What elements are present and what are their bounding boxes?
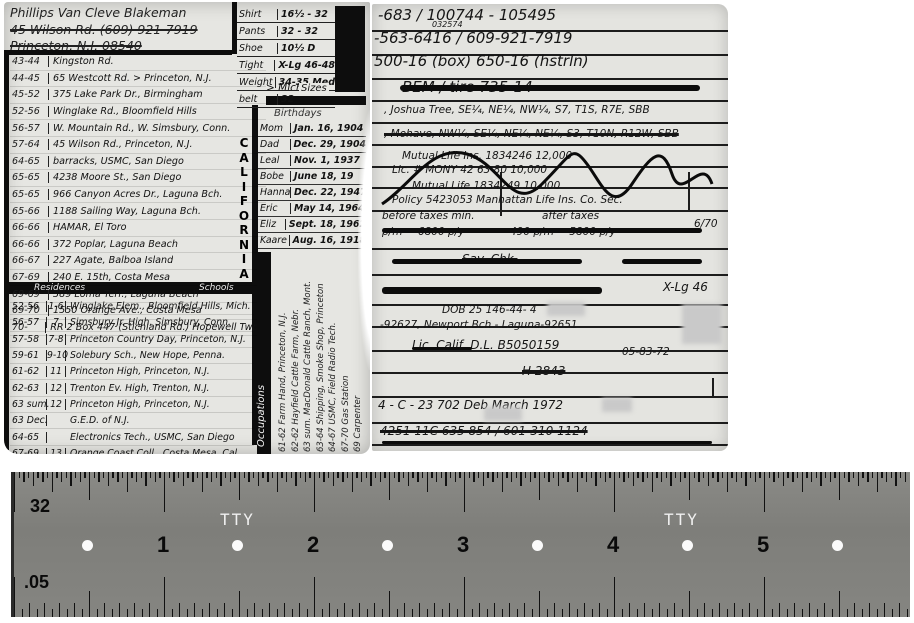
ruler-tick xyxy=(47,472,48,478)
ruler-hole xyxy=(682,540,693,551)
ruler-tick xyxy=(892,609,893,617)
ruler-tick xyxy=(787,609,788,617)
residence-address: 1188 Sailing Way, Laguna Bch. xyxy=(49,206,201,217)
ruler-tick xyxy=(689,472,690,500)
ruled-line xyxy=(372,122,728,124)
crossout-scribble xyxy=(412,347,472,350)
ruler-tick xyxy=(375,472,376,478)
ruler-tick xyxy=(361,472,362,482)
ruler-tick xyxy=(824,603,825,617)
ruler-tick xyxy=(736,472,737,482)
school-name: Trenton Ev. High, Trenton, N.J. xyxy=(66,383,210,394)
ruler-tick xyxy=(704,603,705,617)
ruler-tick xyxy=(717,472,718,482)
birthday-person: Leal xyxy=(258,155,291,166)
ruler-tick xyxy=(450,472,451,478)
birthday-date: Jan. 16, 1904 xyxy=(291,123,363,134)
ruler-tick xyxy=(764,472,765,512)
school-name: Simsbury Jr. High, Simsbury, Conn. xyxy=(66,317,231,328)
ruler-tick xyxy=(577,609,578,617)
card-entry: 4251 11C 635 854 / 601-310 1124 xyxy=(380,424,588,438)
size-value: 10½ D xyxy=(278,43,315,54)
ruler-tick xyxy=(367,609,368,617)
ruler-tick xyxy=(352,472,353,492)
ruler-tick xyxy=(569,603,570,617)
redacted-area xyxy=(682,304,722,344)
ruler-tick xyxy=(217,609,218,617)
ruler-tick xyxy=(84,472,85,478)
ruler-tick xyxy=(623,472,624,482)
ruler-inch-number: 3 xyxy=(457,532,469,558)
birthday-date: Dec. 29, 1904 xyxy=(291,139,367,150)
ruler-tick xyxy=(234,472,235,478)
redacted-area xyxy=(602,398,632,412)
ruled-line xyxy=(372,248,728,250)
ruler-tick xyxy=(694,472,695,478)
ruler-tick xyxy=(554,603,555,617)
occupation-entry: 63-64 Shipping, Smoke Shop, Princeton xyxy=(316,283,318,452)
ruler-tick xyxy=(854,603,855,617)
ruler-hole xyxy=(532,540,543,551)
ruler-bottom-ticks xyxy=(14,577,910,617)
school-grade: 13 xyxy=(47,448,66,454)
ruler-tick xyxy=(267,472,268,482)
residence-years: 65-66 xyxy=(10,206,49,217)
school-grade: 1-6 xyxy=(47,301,66,312)
school-years: 61-62 xyxy=(10,366,47,377)
ruler-tick xyxy=(895,472,896,486)
occupation-entry: 61-62 Farm Hand, Princeton, N.J. xyxy=(278,312,280,452)
birthday-row: ElizSept. 18, 1962 xyxy=(258,217,366,233)
school-grade: 12 xyxy=(47,383,66,394)
ruler-tick xyxy=(80,472,81,482)
school-years: 64-65 xyxy=(10,432,47,443)
ruler-tick xyxy=(516,472,517,478)
ruler-tick xyxy=(816,472,817,478)
school-list: 52-561-6Winglake Elem., Bloomfield Hills… xyxy=(10,299,254,454)
ruler-tick xyxy=(629,603,630,617)
ruler-tick xyxy=(469,472,470,478)
ruler-tick xyxy=(66,472,67,478)
ruler-tick xyxy=(232,609,233,617)
residence-address: 240 E. 15th, Costa Mesa xyxy=(49,272,170,283)
ruler-tick xyxy=(337,472,338,478)
ruler-tick xyxy=(464,472,465,512)
ruler-tick xyxy=(169,472,170,478)
ruler-tick xyxy=(825,472,826,478)
ruler-tick xyxy=(487,609,488,617)
ruler-tick xyxy=(127,609,128,617)
crossout-scribble xyxy=(382,228,702,233)
ruler-tick xyxy=(548,472,549,482)
ruler-tick xyxy=(764,577,765,617)
ruler-tick xyxy=(755,472,756,482)
ruler-tick xyxy=(404,603,405,617)
ruler-tick xyxy=(869,603,870,617)
birthday-row: HannaDec. 22, 1947 xyxy=(258,185,366,201)
ruler-tick xyxy=(136,472,137,482)
ruler-tick xyxy=(314,577,315,617)
size-item: belt xyxy=(237,94,278,105)
ruler-tick xyxy=(319,472,320,478)
ruler-tick xyxy=(220,472,221,486)
card-entry: -683 / 100744 - 105495 xyxy=(378,6,556,24)
school-row: 67-6913Orange Coast Coll., Costa Mesa, C… xyxy=(10,446,254,454)
ruler-tick xyxy=(628,472,629,478)
ruler-tick xyxy=(778,472,779,478)
bottom-scale-label: .05 xyxy=(24,572,49,593)
ruler-tick xyxy=(745,472,746,486)
ruler-tick xyxy=(248,472,249,482)
ruler-tick xyxy=(449,603,450,617)
ruler-tick xyxy=(216,472,217,478)
ruler-tick xyxy=(712,472,713,478)
ruler-tick xyxy=(584,603,585,617)
school-years: 63 sum. xyxy=(10,399,47,410)
ruler-tick xyxy=(328,472,329,478)
school-row: 63 sum.12Princeton High, Princeton, N.J. xyxy=(10,397,254,413)
california-letter: A xyxy=(237,267,251,282)
school-row: 56-577Simsbury Jr. High, Simsbury, Conn. xyxy=(10,315,254,331)
card-entry: DOB 25 146-44- 4 xyxy=(442,304,537,316)
ruler-tick xyxy=(834,472,835,478)
ruler-tick xyxy=(56,472,57,478)
ruler-tick xyxy=(520,472,521,486)
residence-address: barracks, USMC, San Diego xyxy=(49,156,184,167)
ruler-tick xyxy=(622,609,623,617)
ruler-tick xyxy=(797,472,798,478)
ruler-tick xyxy=(382,609,383,617)
occupation-entry: 63 sum. MacDonald Cattle Ranch, Mont. xyxy=(303,281,305,452)
ruler-tick xyxy=(478,472,479,478)
ruler-tick xyxy=(759,472,760,478)
school-years: 59-61 xyxy=(10,350,47,361)
redacted-area xyxy=(547,302,585,316)
ruler-tick xyxy=(323,472,324,482)
ruler-tick xyxy=(811,472,812,482)
ruler-tick xyxy=(820,472,821,486)
size-value: 32 - 32 xyxy=(278,26,318,37)
school-row: 57-587-8Princeton Country Day, Princeton… xyxy=(10,332,254,348)
ruler-tick xyxy=(398,472,399,482)
residence-row: 65-65966 Canyon Acres Dr., Laguna Bch. xyxy=(10,187,266,204)
school-row: 52-561-6Winglake Elem., Bloomfield Hills… xyxy=(10,299,254,315)
ruler-tick xyxy=(61,472,62,482)
ruler-tick xyxy=(633,472,634,486)
ruler-tick xyxy=(656,472,657,478)
ruler-tick xyxy=(886,472,887,482)
residence-years: 66-67 xyxy=(10,255,49,266)
ruler-tick xyxy=(389,472,390,500)
residence-address: W. Mountain Rd., W. Simsbury, Conn. xyxy=(49,123,230,134)
crossout-scribble xyxy=(392,259,582,264)
ruler-tick xyxy=(344,603,345,617)
ruler-tick xyxy=(558,472,559,486)
ruler-tick xyxy=(511,472,512,482)
ruler-tick xyxy=(14,472,15,512)
ruler-tick xyxy=(572,472,573,478)
school-years: 67-69 xyxy=(10,448,47,454)
ruler-tick xyxy=(157,609,158,617)
card-entry-superscript: 032574 xyxy=(432,20,463,29)
crossout-scribble xyxy=(622,259,702,264)
ruler-tick xyxy=(117,472,118,482)
ruler-tick xyxy=(67,609,68,617)
size-item: Shoe xyxy=(237,43,278,54)
ruler-tick xyxy=(412,472,413,478)
card-entry: , Joshua Tree, SE¼, NE¼, NW¼, S7, T1S, R… xyxy=(384,104,650,116)
ruler-tick xyxy=(530,472,531,482)
birthdays-label: Birthdays xyxy=(274,108,322,119)
school-grade: 7 xyxy=(47,317,66,328)
school-grade: 7-8 xyxy=(47,334,66,345)
ruler-tick xyxy=(403,472,404,478)
school-name: G.E.D. of N.J. xyxy=(66,415,130,426)
ruler-tick xyxy=(389,591,390,617)
ruler-tick xyxy=(455,472,456,482)
card-entry: 500-16 (box) 650-16 (hstrln) xyxy=(374,52,589,70)
size-item: Tight xyxy=(237,60,275,71)
ruler-tick xyxy=(667,609,668,617)
residence-row: 52-56Winglake Rd., Bloomfield Hills xyxy=(10,104,266,121)
ruler-tick xyxy=(211,472,212,482)
ruler-tick xyxy=(187,472,188,478)
residence-row: 57-6445 Wilson Rd., Princeton, N.J. xyxy=(10,137,266,154)
ruler-tick xyxy=(380,472,381,482)
card-entry: , Mohave, NW¼, SE¼, NE¼, NE¼, S3, T10N, … xyxy=(384,128,679,140)
residence-address: 65 Westcott Rd. > Princeton, N.J. xyxy=(49,73,212,84)
ruler-tick xyxy=(750,472,751,478)
ruler-tick xyxy=(712,609,713,617)
ruler-hole xyxy=(232,540,243,551)
ruler-tick xyxy=(366,472,367,478)
california-letter: R xyxy=(237,223,251,238)
ruled-line xyxy=(372,274,728,276)
redacted-area xyxy=(484,407,522,421)
etched-initials: TTY xyxy=(220,510,255,529)
ruler-tick xyxy=(347,472,348,478)
ruler-tick xyxy=(44,603,45,617)
ruler-tick xyxy=(708,472,709,486)
ruler-tick xyxy=(802,472,803,492)
ruler-tick xyxy=(647,472,648,478)
ruler-tick xyxy=(562,609,563,617)
ruler-tick xyxy=(619,472,620,478)
size-row: Shirt16½ - 32 xyxy=(237,6,335,23)
ruler-tick xyxy=(487,472,488,478)
ruler-tick xyxy=(159,472,160,478)
ruler-tick xyxy=(37,472,38,478)
ruler-tick xyxy=(839,591,840,617)
crossout-scribble xyxy=(382,441,712,444)
old-address-line-1: 45 Wilson Rd. (609) 921-7919 xyxy=(10,22,198,37)
residence-address: HAMAR, El Toro xyxy=(49,222,127,233)
birthday-person: Dad xyxy=(258,139,291,150)
school-name: Princeton Country Day, Princeton, N.J. xyxy=(66,334,246,345)
ruler-tick xyxy=(119,603,120,617)
ruler-tick xyxy=(292,609,293,617)
ruler-tick xyxy=(164,472,165,512)
ruler-tick xyxy=(757,609,758,617)
residence-row: 65-661188 Sailing Way, Laguna Bch. xyxy=(10,203,266,220)
ruler-tick xyxy=(567,472,568,482)
residence-row: 66-66372 Poplar, Laguna Beach xyxy=(10,237,266,254)
ruler-tick xyxy=(202,609,203,617)
school-name: Solebury Sch., New Hope, Penna. xyxy=(66,350,225,361)
ruler-tick xyxy=(464,577,465,617)
ruler-tick xyxy=(427,609,428,617)
black-rule xyxy=(335,6,365,92)
ruler-tick xyxy=(104,603,105,617)
ruler-tick xyxy=(98,472,99,482)
ruler-tick xyxy=(607,609,608,617)
ruler-tick xyxy=(397,609,398,617)
ruler-tick xyxy=(197,472,198,478)
ruler-tick xyxy=(502,609,503,617)
california-letter: I xyxy=(237,180,251,195)
ruler-tick xyxy=(539,472,540,500)
ruler-tick xyxy=(614,577,615,617)
ruler-tick xyxy=(356,472,357,478)
residence-years: 56-57 xyxy=(10,123,49,134)
ruler-tick xyxy=(359,603,360,617)
ruler-tick xyxy=(525,472,526,478)
ruler-tick xyxy=(862,609,863,617)
ruler-tick xyxy=(192,472,193,482)
occupation-entry: 67-70 Gas Station xyxy=(341,375,343,452)
ruler-tick xyxy=(684,472,685,478)
school-name: Princeton High, Princeton, N.J. xyxy=(66,399,210,410)
ruler-tick xyxy=(307,609,308,617)
ruler-tick xyxy=(862,472,863,478)
birthday-row: MomJan. 16, 1904 xyxy=(258,121,366,137)
ruler-tick xyxy=(209,603,210,617)
ruler-tick xyxy=(272,472,273,478)
ruler-tick xyxy=(652,609,653,617)
residence-list: 43-44Kingston Rd.44-4565 Westcott Rd. > … xyxy=(10,54,266,336)
ruler-tick xyxy=(581,472,582,478)
ruler-tick xyxy=(731,472,732,478)
ruler-tick xyxy=(459,472,460,478)
residence-row: 44-4565 Westcott Rd. > Princeton, N.J. xyxy=(10,71,266,88)
ruler-tick xyxy=(749,603,750,617)
ruler-tick xyxy=(642,472,643,482)
ruler-tick xyxy=(592,609,593,617)
card-entry: -92627, Newport Bch - Laguna-92651 xyxy=(380,319,578,331)
ruler-tick xyxy=(19,472,20,478)
residence-years: 67-69 xyxy=(10,272,49,283)
residence-row: 65-654238 Moore St., San Diego xyxy=(10,170,266,187)
residence-address: 966 Canyon Acres Dr., Laguna Bch. xyxy=(49,189,222,200)
ruler-tick xyxy=(727,472,728,492)
ruler-tick xyxy=(42,472,43,482)
ruler-tick xyxy=(907,609,908,617)
ruler-tick xyxy=(867,472,868,482)
size-row: Pants32 - 32 xyxy=(237,23,335,40)
ruler-tick xyxy=(281,472,282,478)
ruler-tick xyxy=(832,609,833,617)
birthday-date: June 18, 19 xyxy=(291,171,353,182)
school-row: 62-6312Trenton Ev. High, Trenton, N.J. xyxy=(10,380,254,396)
ruler-tick xyxy=(23,472,24,482)
ruler-tick xyxy=(680,472,681,482)
ruler-tick xyxy=(173,472,174,482)
ruled-line xyxy=(372,444,728,446)
ruler-tick xyxy=(492,472,493,482)
ruler-inch-number: 2 xyxy=(307,532,319,558)
residence-address: 372 Poplar, Laguna Beach xyxy=(49,239,178,250)
ruler-inch-number: 4 xyxy=(607,532,619,558)
ruler-tick xyxy=(769,472,770,478)
ruler-tick xyxy=(384,472,385,478)
ruler-tick xyxy=(253,472,254,478)
birthday-date: Dec. 22, 1947 xyxy=(291,187,367,198)
birthday-person: Bobe xyxy=(258,171,291,182)
ruler-tick xyxy=(794,603,795,617)
residences-label: Residences xyxy=(34,283,85,293)
etched-initials: TTY xyxy=(664,510,699,529)
school-name: Winglake Elem., Bloomfield Hills, Mich. xyxy=(66,301,251,312)
ruler-tick xyxy=(891,472,892,478)
ruler-tick xyxy=(178,472,179,478)
ruler-tick xyxy=(202,472,203,492)
ruler-tick xyxy=(258,472,259,486)
ruler-tick xyxy=(473,472,474,482)
wavy-crossout-icon xyxy=(372,144,728,214)
ruler-tick xyxy=(787,472,788,478)
school-grade: 12 xyxy=(47,399,66,410)
card-entry: 05-83-72 xyxy=(622,346,670,358)
ruler-tick xyxy=(103,472,104,478)
ruler-tick xyxy=(230,472,231,482)
ruler-tick xyxy=(675,472,676,478)
ruler-tick xyxy=(532,609,533,617)
ruler-tick xyxy=(605,472,606,482)
ruler-tick xyxy=(539,591,540,617)
residence-address: 45 Wilson Rd., Princeton, N.J. xyxy=(49,139,193,150)
ruler-tick xyxy=(141,472,142,478)
size-row: Shoe10½ D xyxy=(237,40,335,57)
ruler-tick xyxy=(722,472,723,478)
ruler-tick xyxy=(872,472,873,478)
ruler-tick xyxy=(853,472,854,478)
california-letter: A xyxy=(237,151,251,166)
ruler-tick xyxy=(858,472,859,486)
ruler-tick xyxy=(131,472,132,478)
ruler-tick xyxy=(689,591,690,617)
ruler-tick xyxy=(839,472,840,500)
card-entry: X-Lg 46 xyxy=(663,280,708,294)
ruler-tick xyxy=(445,472,446,486)
card-owner-name: Phillips Van Cleve Blakeman xyxy=(10,5,186,20)
ruler-tick xyxy=(224,603,225,617)
residence-address: 227 Agate, Balboa Island xyxy=(49,255,173,266)
ruler-tick xyxy=(661,472,662,482)
ruler-tick xyxy=(314,472,315,512)
ruled-line xyxy=(372,100,728,102)
ruler-tick xyxy=(652,472,653,492)
school-name: Princeton High, Princeton, N.J. xyxy=(66,366,210,377)
residence-address: Kingston Rd. xyxy=(49,56,114,67)
size-value: 32 xyxy=(278,94,294,105)
ruler-tick xyxy=(734,603,735,617)
ruler-tick xyxy=(502,472,503,492)
divider-line xyxy=(712,378,714,396)
ruler-tick xyxy=(792,472,793,482)
ruler-tick xyxy=(112,609,113,617)
residence-years: 66-66 xyxy=(10,222,49,233)
ruler-tick xyxy=(772,609,773,617)
